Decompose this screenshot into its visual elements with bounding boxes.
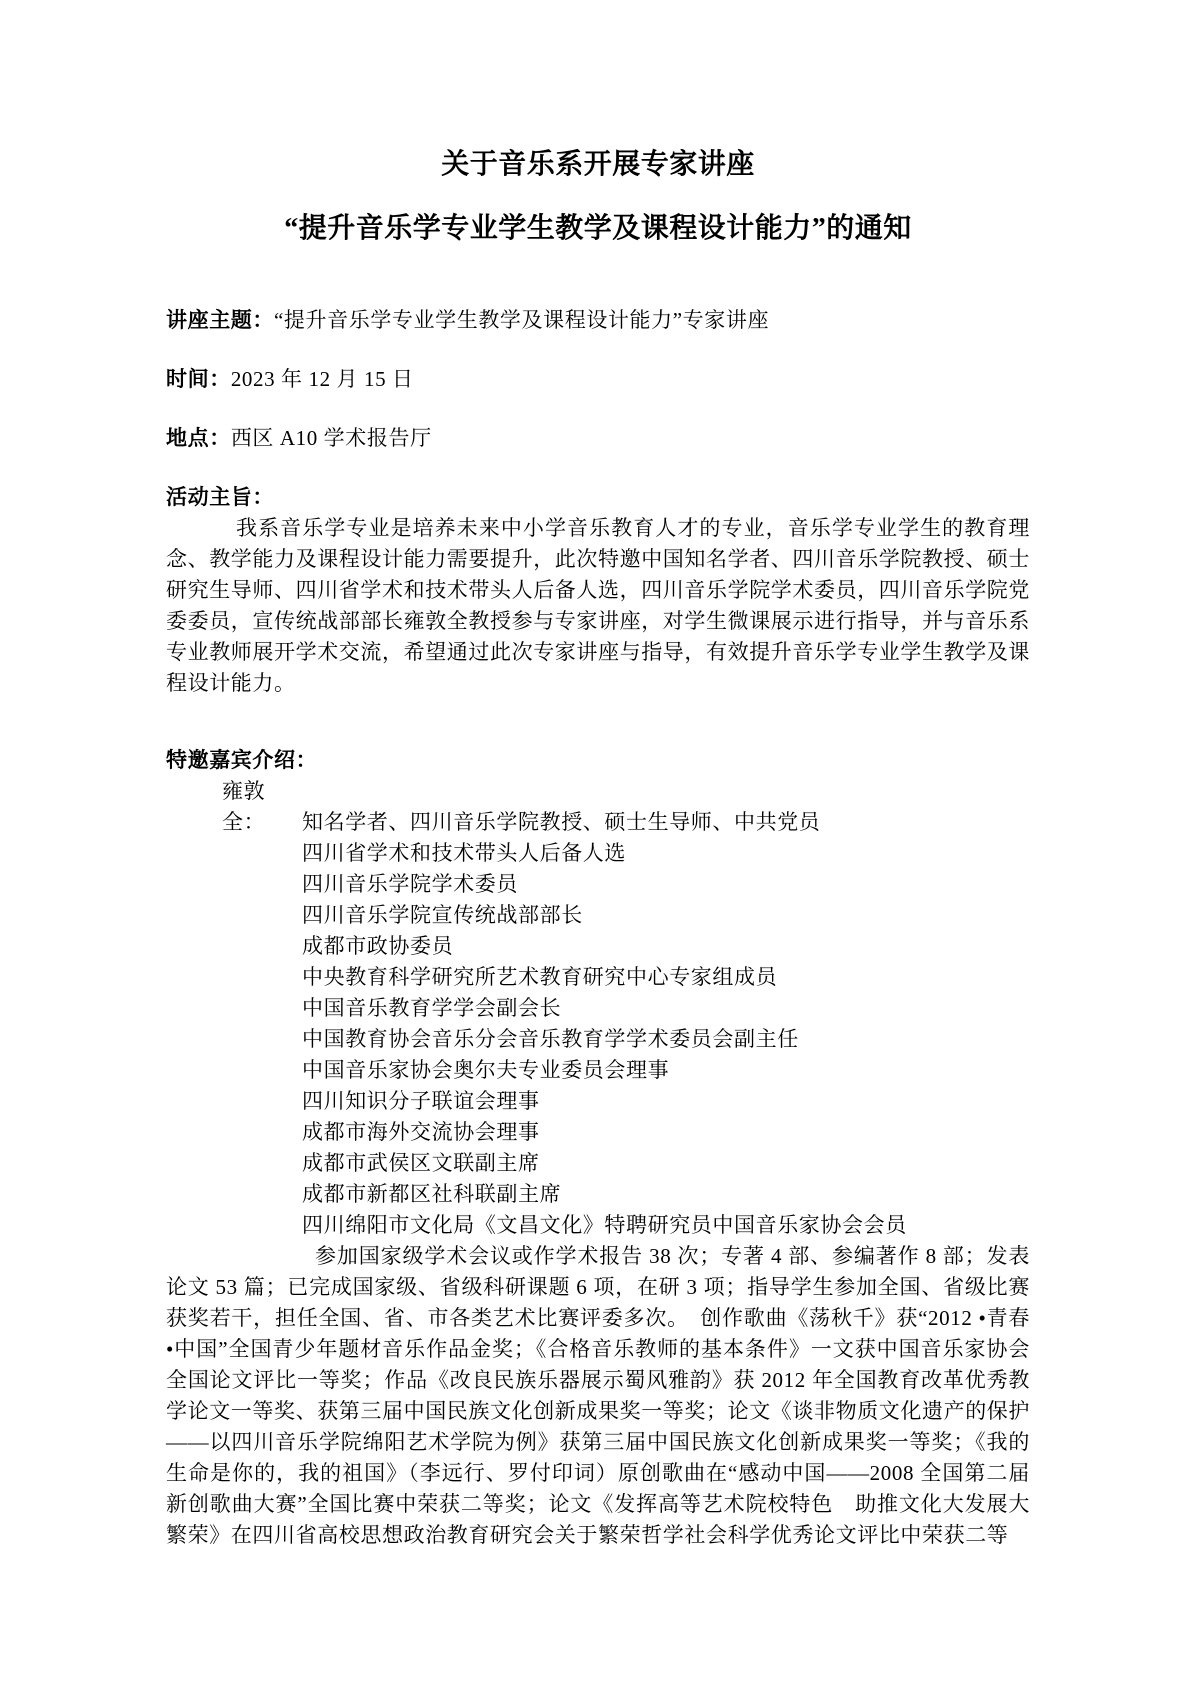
purpose-paragraph: 我系音乐学专业是培养未来中小学音乐教育人才的专业，音乐学专业学生的教育理念、教学… xyxy=(166,513,1030,699)
guest-title-line: 四川音乐学院学术委员 xyxy=(302,869,1030,900)
purpose-section: 活动主旨： 我系音乐学专业是培养未来中小学音乐教育人才的专业，音乐学专业学生的教… xyxy=(166,482,1030,699)
guest-title-line: 中国音乐家协会奥尔夫专业委员会理事 xyxy=(302,1055,1030,1086)
lecture-topic-row: 讲座主题：“提升音乐学专业学生教学及课程设计能力”专家讲座 xyxy=(166,305,1030,336)
lecture-topic-value: “提升音乐学专业学生教学及课程设计能力”专家讲座 xyxy=(274,308,769,332)
header-fields: 讲座主题：“提升音乐学专业学生教学及课程设计能力”专家讲座 时间：2023 年 … xyxy=(166,305,1030,454)
document-title-line2: “提升音乐学专业学生教学及课程设计能力”的通知 xyxy=(166,212,1030,246)
guest-title-line: 成都市武侯区文联副主席 xyxy=(302,1148,1030,1179)
lecture-topic-label: 讲座主题： xyxy=(166,308,274,332)
guest-title-line: 知名学者、四川音乐学院教授、硕士生导师、中共党员 xyxy=(302,810,820,834)
guest-title-line: 成都市新都区社科联副主席 xyxy=(302,1179,1030,1210)
guest-bio-paragraph: 参加国家级学术会议或作学术报告 38 次；专著 4 部、参编著作 8 部；发表论… xyxy=(166,1241,1030,1551)
document-page: 关于音乐系开展专家讲座 “提升音乐学专业学生教学及课程设计能力”的通知 讲座主题… xyxy=(0,0,1191,1684)
time-label: 时间： xyxy=(166,367,231,391)
document-title-line1: 关于音乐系开展专家讲座 xyxy=(166,148,1030,182)
time-row: 时间：2023 年 12 月 15 日 xyxy=(166,364,1030,395)
document-content: 关于音乐系开展专家讲座 “提升音乐学专业学生教学及课程设计能力”的通知 讲座主题… xyxy=(0,0,1191,1551)
guest-name: 雍敦全： xyxy=(222,776,302,838)
guest-title-line: 中国教育协会音乐分会音乐教育学学术委员会副主任 xyxy=(302,1024,1030,1055)
guest-title-line: 中国音乐教育学学会副会长 xyxy=(302,993,1030,1024)
guest-title-line: 四川音乐学院宣传统战部部长 xyxy=(302,900,1030,931)
guest-title-line: 四川知识分子联谊会理事 xyxy=(302,1086,1030,1117)
location-value: 西区 A10 学术报告厅 xyxy=(231,426,432,450)
location-row: 地点：西区 A10 学术报告厅 xyxy=(166,423,1030,454)
guest-title-line: 中央教育科学研究所艺术教育研究中心专家组成员 xyxy=(302,962,1030,993)
guest-title-line: 四川省学术和技术带头人后备人选 xyxy=(302,838,1030,869)
location-label: 地点： xyxy=(166,426,231,450)
guest-title-line: 成都市海外交流协会理事 xyxy=(302,1117,1030,1148)
guest-title-line: 四川绵阳市文化局《文昌文化》特聘研究员中国音乐家协会会员 xyxy=(302,1210,1030,1241)
purpose-label: 活动主旨： xyxy=(166,482,1030,513)
time-value: 2023 年 12 月 15 日 xyxy=(231,367,414,391)
guest-title-line: 成都市政协委员 xyxy=(302,931,1030,962)
guest-name-row: 雍敦全：知名学者、四川音乐学院教授、硕士生导师、中共党员 xyxy=(222,776,1030,838)
guest-section: 特邀嘉宾介绍： 雍敦全：知名学者、四川音乐学院教授、硕士生导师、中共党员 四川省… xyxy=(166,745,1030,1551)
guest-intro-label: 特邀嘉宾介绍： xyxy=(166,745,1030,776)
guest-titles-list: 四川省学术和技术带头人后备人选四川音乐学院学术委员四川音乐学院宣传统战部部长成都… xyxy=(302,838,1030,1241)
